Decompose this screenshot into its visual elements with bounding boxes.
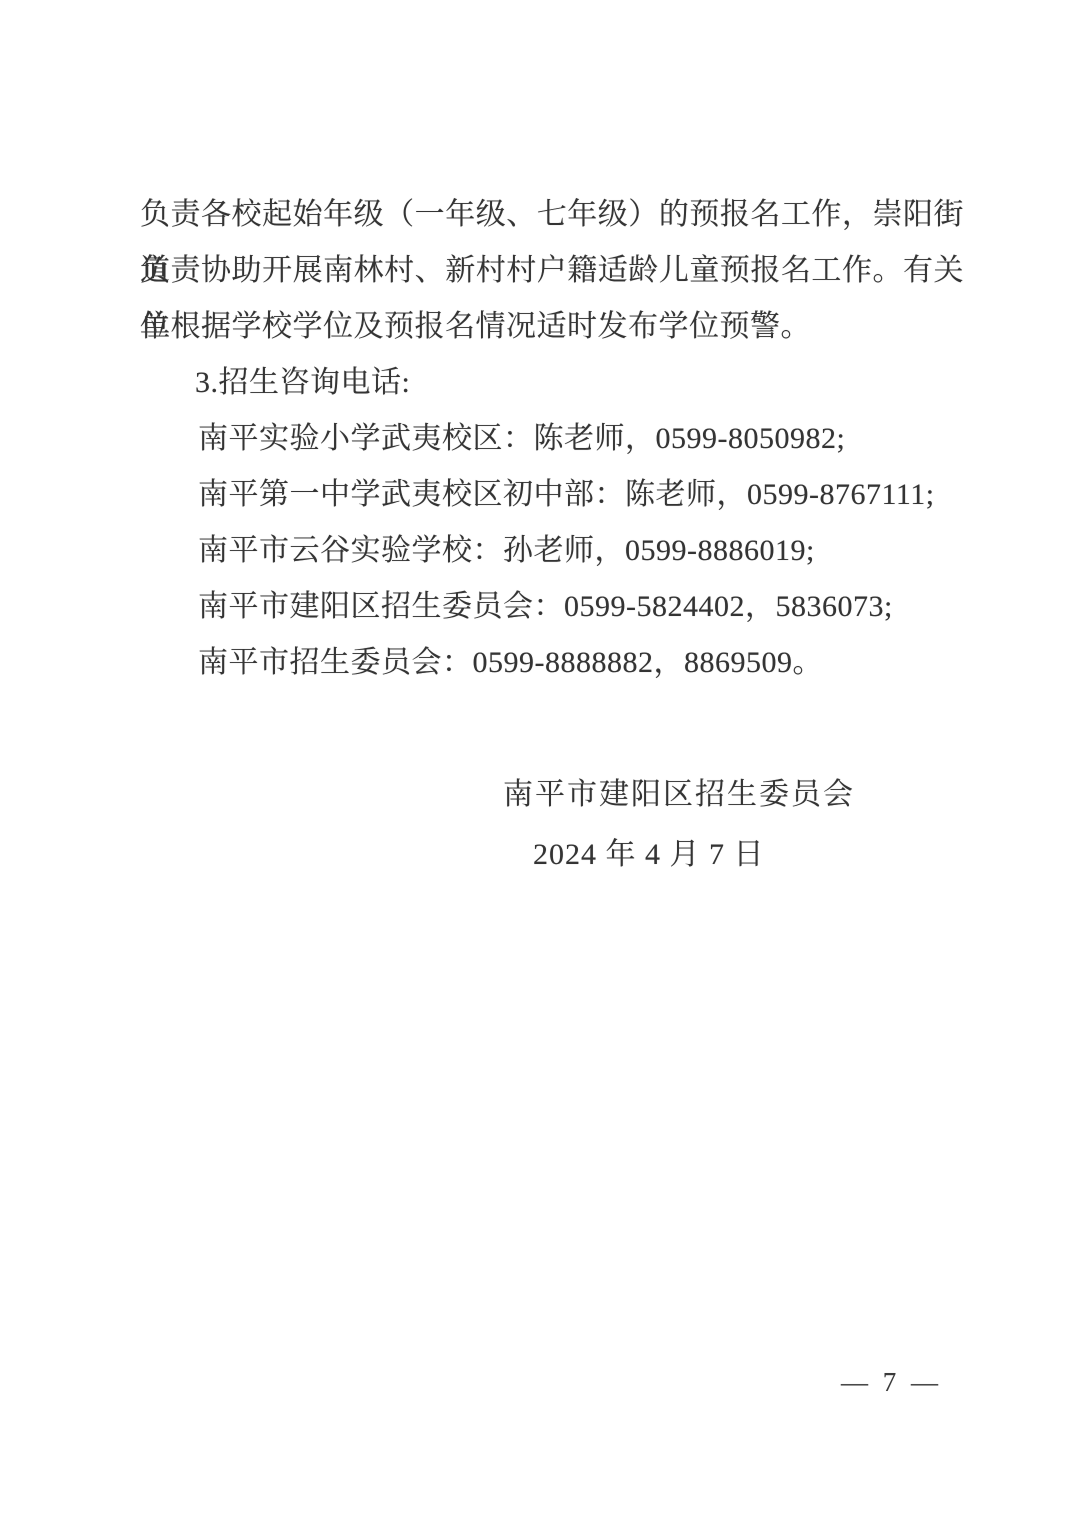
paragraph-line: 负责各校起始年级（一年级、七年级）的预报名工作，崇阳街道 xyxy=(140,187,964,243)
paragraph-line: 负责协助开展南林村、新村村户籍适龄儿童预报名工作。有关单 xyxy=(140,243,964,299)
document-page: 负责各校起始年级（一年级、七年级）的预报名工作，崇阳街道 负责协助开展南林村、新… xyxy=(0,0,1080,1527)
contact-line: 南平市建阳区招生委员会：0599-5824402，5836073; xyxy=(140,579,964,635)
page-number: — 7 — xyxy=(841,1366,942,1398)
section-heading-contact-phones: 3.招生咨询电话: xyxy=(140,355,964,411)
contact-line: 南平实验小学武夷校区：陈老师，0599-8050982; xyxy=(140,411,964,467)
contact-line: 南平市招生委员会：0599-8888882，8869509。 xyxy=(140,635,964,691)
document-body: 负责各校起始年级（一年级、七年级）的预报名工作，崇阳街道 负责协助开展南林村、新… xyxy=(140,187,964,691)
paragraph-line: 位根据学校学位及预报名情况适时发布学位预警。 xyxy=(140,299,964,355)
contact-line: 南平市云谷实验学校：孙老师，0599-8886019; xyxy=(140,523,964,579)
issuing-authority-signature: 南平市建阳区招生委员会 xyxy=(503,767,855,823)
contact-line: 南平第一中学武夷校区初中部：陈老师，0599-8767111; xyxy=(140,467,964,523)
document-date: 2024 年 4 月 7 日 xyxy=(533,827,765,883)
